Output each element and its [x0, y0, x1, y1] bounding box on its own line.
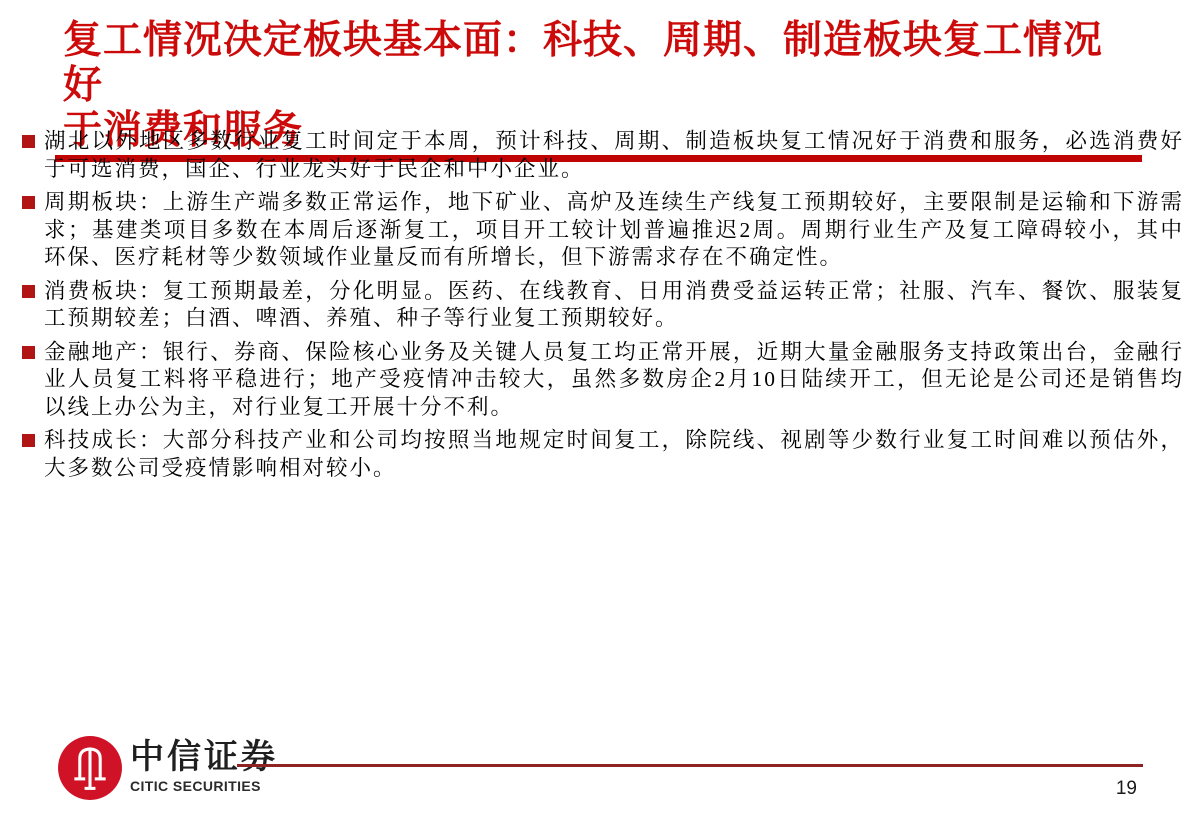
logo-en-label: CITIC SECURITIES — [130, 778, 278, 794]
citic-logo-icon — [56, 734, 124, 802]
footer-divider-line — [237, 764, 1143, 767]
bullet-square-icon — [22, 196, 35, 209]
bullet-square-icon — [22, 285, 35, 298]
bullet-text: 金融地产：银行、券商、保险核心业务及关键人员复工均正常开展，近期大量金融服务支持… — [44, 339, 1184, 422]
list-item: 周期板块：上游生产端多数正常运作，地下矿业、高炉及连续生产线复工预期较好，主要限… — [22, 189, 1184, 272]
list-item: 消费板块：复工预期最差，分化明显。医药、在线教育、日用消费受益运转正常；社服、汽… — [22, 278, 1184, 333]
citic-logo-text: 中信证券 CITIC SECURITIES — [130, 739, 278, 794]
slide: 复工情况决定板块基本面：科技、周期、制造板块复工情况好 于消费和服务 湖北以外地… — [0, 0, 1200, 830]
page-number: 19 — [1116, 778, 1137, 800]
list-item: 金融地产：银行、券商、保险核心业务及关键人员复工均正常开展，近期大量金融服务支持… — [22, 339, 1184, 422]
bullet-text: 科技成长：大部分科技产业和公司均按照当地规定时间复工，除院线、视剧等少数行业复工… — [44, 427, 1184, 482]
bullet-list: 湖北以外地区多数行业复工时间定于本周，预计科技、周期、制造板块复工情况好于消费和… — [22, 128, 1184, 488]
list-item: 科技成长：大部分科技产业和公司均按照当地规定时间复工，除院线、视剧等少数行业复工… — [22, 427, 1184, 482]
bullet-square-icon — [22, 434, 35, 447]
page-title-line1: 复工情况决定板块基本面：科技、周期、制造板块复工情况好 — [63, 18, 1142, 108]
bullet-text: 消费板块：复工预期最差，分化明显。医药、在线教育、日用消费受益运转正常；社服、汽… — [44, 278, 1184, 333]
bullet-square-icon — [22, 346, 35, 359]
logo-cn-label: 中信证券 — [130, 739, 278, 777]
bullet-square-icon — [22, 135, 35, 148]
bullet-text: 周期板块：上游生产端多数正常运作，地下矿业、高炉及连续生产线复工预期较好，主要限… — [44, 189, 1184, 272]
list-item: 湖北以外地区多数行业复工时间定于本周，预计科技、周期、制造板块复工情况好于消费和… — [22, 128, 1184, 183]
bullet-text: 湖北以外地区多数行业复工时间定于本周，预计科技、周期、制造板块复工情况好于消费和… — [44, 128, 1184, 183]
